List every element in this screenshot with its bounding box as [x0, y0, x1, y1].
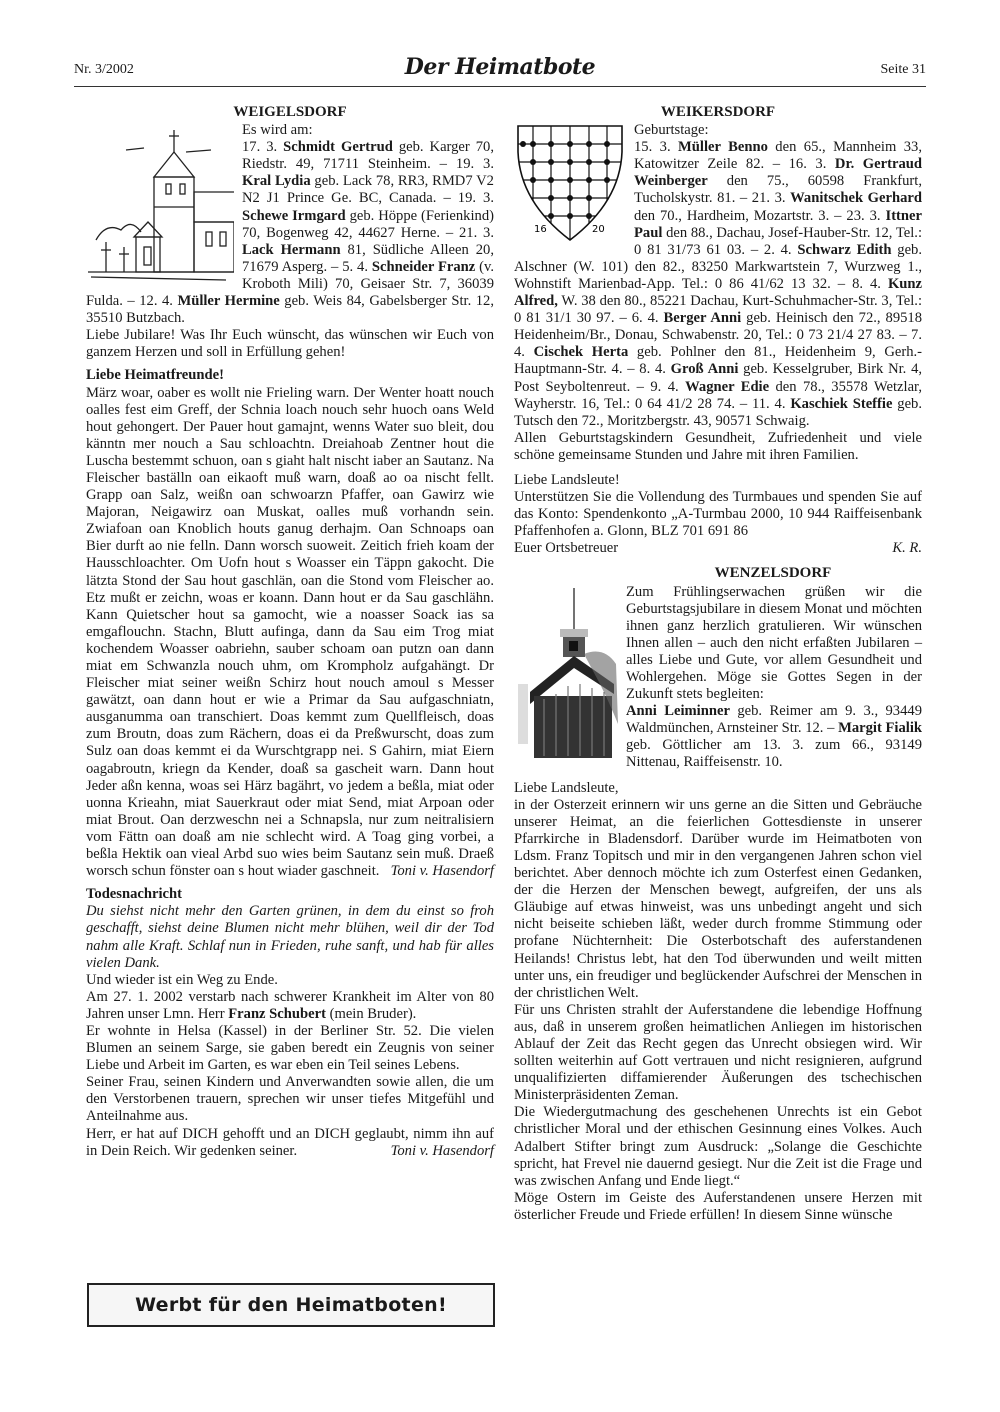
- letter-greeting: Liebe Landsleute,: [514, 780, 922, 797]
- section-title-weigelsdorf: WEIGELSDORF: [86, 104, 494, 121]
- section-title-weikersdorf: WEIKERSDORF: [514, 104, 922, 121]
- obituary-paragraph: Er wohnte in Helsa (Kassel) in der Berli…: [86, 1023, 494, 1074]
- author-signature: K. R.: [892, 540, 922, 557]
- coat-of-arms-shield-icon: 16 20: [514, 122, 626, 244]
- obituary-line: Und wieder ist ein Weg zu Ende.: [86, 972, 494, 989]
- page-header: Nr. 3/2002 Der Heimatbote Seite 31: [74, 58, 926, 87]
- appeal-closing: Euer OrtsbetreuerK. R.: [514, 540, 922, 557]
- author-signature: Toni v. Hasendorf: [391, 863, 494, 880]
- letter-paragraph: Für uns Christen strahlt der Auferstande…: [514, 1002, 922, 1105]
- svg-text:16: 16: [534, 224, 547, 235]
- right-column: WEIKERSDORF 16 20 Geburtstage: 15. 3.: [514, 104, 922, 1224]
- obituary-poem: Du siehst nicht mehr den Garten grünen, …: [86, 903, 494, 971]
- left-column: WEIGELSDORF Es wird am:: [86, 104, 494, 1160]
- weikersdorf-wishes: Allen Geburtstagskindern Gesundheit, Zuf…: [514, 430, 922, 464]
- obituary-paragraph: Seiner Frau, seinen Kindern und Anverwan…: [86, 1074, 494, 1125]
- advertisement-box: Werbt für den Heimatboten!: [87, 1283, 495, 1327]
- author-signature: Toni v. Hasendorf: [391, 1143, 494, 1160]
- church-illustration-icon: [86, 122, 234, 282]
- wenzelsdorf-birthdays: Zum Frühlingserwachen grüßen wir die Geb…: [514, 584, 922, 772]
- dialect-story: März woar, oaber es wollt nie Frieling w…: [86, 385, 494, 881]
- letter-paragraph: Die Wiedergutmachung des geschehenen Unr…: [514, 1104, 922, 1189]
- page-number: Seite 31: [881, 62, 927, 78]
- weigelsdorf-birthdays: Es wird am: 17. 3. Schmidt Gertrud geb. …: [86, 122, 494, 327]
- weikersdorf-birthdays: 16 20 Geburtstage: 15. 3. Müller Benno d…: [514, 122, 922, 430]
- svg-text:20: 20: [592, 224, 605, 235]
- appeal-text: Unterstützen Sie die Vollendung des Turm…: [514, 489, 922, 540]
- chapel-photo-icon: [514, 584, 618, 764]
- weigelsdorf-greeting: Liebe Jubilare! Was Ihr Euch wünscht, da…: [86, 327, 494, 361]
- section-title-wenzelsdorf: WENZELSDORF: [514, 565, 922, 582]
- masthead-logo: Der Heimatbote: [74, 54, 926, 80]
- obituary-paragraph: Am 27. 1. 2002 verstarb nach schwerer Kr…: [86, 989, 494, 1023]
- obituary-heading: Todesnachricht: [86, 886, 494, 903]
- dialect-heading: Liebe Heimatfreunde!: [86, 367, 494, 384]
- letter-paragraph: Möge Ostern im Geiste des Auferstandenen…: [514, 1190, 922, 1224]
- obituary-paragraph: Herr, er hat auf DICH gehofft und an DIC…: [86, 1126, 494, 1160]
- appeal-greeting: Liebe Landsleute!: [514, 472, 922, 489]
- letter-paragraph: in der Osterzeit erinnern wir uns gerne …: [514, 797, 922, 1002]
